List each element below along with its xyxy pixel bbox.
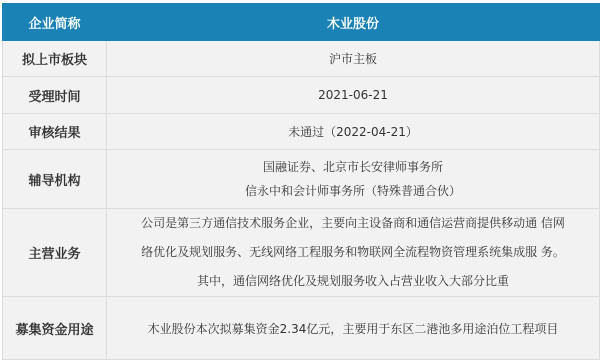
sponsors-line: 国融证券、北京市长安律师事务所: [107, 155, 599, 179]
header-label: 企业简称: [3, 4, 107, 41]
listing-board-value: 沪市主板: [107, 41, 600, 77]
business-line: 公司是第三方通信技术服务企业，主要向主设备商和通信运营商提供移动通 信网: [117, 209, 589, 238]
row-label-main-business: 主营业务: [3, 209, 107, 297]
row-label-board: 拟上市板块: [3, 41, 107, 77]
table-row: 拟上市板块 沪市主板: [3, 41, 600, 77]
main-business-value: 公司是第三方通信技术服务企业，主要向主设备商和通信运营商提供移动通 信网 络优化…: [107, 209, 600, 297]
accept-date-value: 2021-06-21: [107, 77, 600, 114]
table-row: 辅导机构 国融证券、北京市长安律师事务所 信永中和会计师事务所（特殊普通合伙）: [3, 150, 600, 209]
row-label-accept-date: 受理时间: [3, 77, 107, 114]
table-header-row: 企业简称 木业股份: [3, 4, 600, 41]
ipo-info-table: 企业简称 木业股份 拟上市板块 沪市主板 受理时间 2021-06-21 审核结…: [2, 3, 600, 360]
review-result-value: 未通过（2022-04-21）: [107, 114, 600, 150]
table-row: 受理时间 2021-06-21: [3, 77, 600, 114]
fund-use-value: 木业股份本次拟募集资金2.34亿元，主要用于东区二港池多用途泊位工程项目: [107, 297, 600, 360]
table-row: 主营业务 公司是第三方通信技术服务企业，主要向主设备商和通信运营商提供移动通 信…: [3, 209, 600, 297]
row-label-review-result: 审核结果: [3, 114, 107, 150]
sponsors-value: 国融证券、北京市长安律师事务所 信永中和会计师事务所（特殊普通合伙）: [107, 150, 600, 209]
sponsors-line: 信永中和会计师事务所（特殊普通合伙）: [107, 179, 599, 203]
business-line: 络优化及规划服务、无线网络工程服务和物联网全流程物资管理系统集成服 务。: [117, 238, 589, 267]
company-short-name: 木业股份: [107, 4, 600, 41]
table-row: 募集资金用途 木业股份本次拟募集资金2.34亿元，主要用于东区二港池多用途泊位工…: [3, 297, 600, 360]
row-label-sponsors: 辅导机构: [3, 150, 107, 209]
business-line: 其中，通信网络优化及规划服务收入占营业收入大部分比重: [117, 267, 589, 296]
row-label-fund-use: 募集资金用途: [3, 297, 107, 360]
table-row: 审核结果 未通过（2022-04-21）: [3, 114, 600, 150]
